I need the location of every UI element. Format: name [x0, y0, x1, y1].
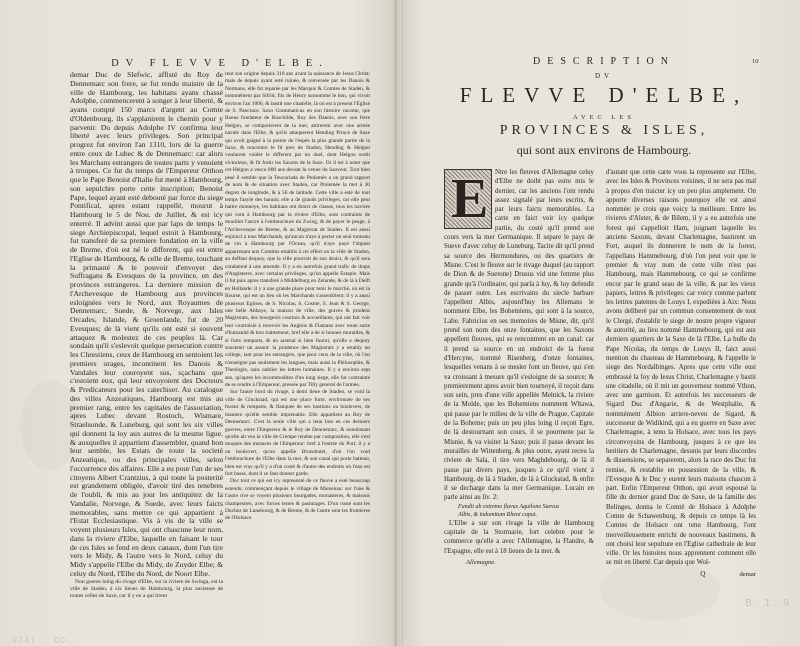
- catchword: demar: [740, 570, 756, 579]
- book-spread: DV FLEVVE D'ELBE. demar Duc de Slefwic, …: [0, 0, 800, 646]
- paragraph: demar Duc de Slefwic, affisté du Roy de …: [70, 71, 223, 579]
- paragraph: Sur l'autre bord du rivage, à demi lieue…: [225, 389, 370, 478]
- dropcap-letter: E: [451, 170, 488, 228]
- ornamental-initial: E: [444, 169, 492, 229]
- right-page-columns: E Ntre les fleuves d'Allemagne celuy d'E…: [444, 168, 756, 579]
- signature-row: Q demar: [606, 570, 756, 579]
- paragraph: rent son origine depuis 310 ans avant la…: [225, 71, 370, 389]
- title-line-du: DV: [434, 72, 774, 80]
- title-subtitle: qui sont aux environs de Hambourg.: [434, 143, 774, 158]
- left-page-columns: demar Duc de Slefwic, affisté du Roy de …: [70, 71, 370, 600]
- book-gutter-crease: [402, 0, 403, 646]
- paragraph: L'Elbe a sur son rivage la ville de Hamb…: [444, 519, 594, 556]
- latin-verse: Fundit ab extremo flavus Aquilone Suevus…: [444, 503, 594, 519]
- title-provinces: PROVINCES & ISLES,: [434, 123, 774, 139]
- verse-line: Fundit ab extremo flavus Aquilone Suevus: [458, 503, 594, 511]
- title-block: DESCRIPTION DV FLEVVE D'ELBE, AVEC LES P…: [434, 56, 774, 158]
- spacer: [606, 570, 666, 579]
- paragraph: Doc tout ce qui est icy representé de ce…: [225, 478, 370, 522]
- left-column-2: rent son origine depuis 310 ans avant la…: [225, 71, 370, 600]
- paragraph: Non gueres loing du rivage d'Elbe, sur l…: [70, 579, 223, 600]
- right-page: DESCRIPTION DV FLEVVE D'ELBE, AVEC LES P…: [444, 50, 756, 579]
- paragraph: d'autant que cette carte vous la represe…: [606, 168, 756, 568]
- left-column-1: demar Duc de Slefwic, affisté du Roy de …: [70, 71, 223, 600]
- pencil-annotation: 9741 ... 00...: [12, 636, 77, 645]
- verse-line: Albis, & indomitum Rheni caput.: [458, 511, 594, 519]
- catchword: Allemagne.: [444, 558, 496, 567]
- right-column-2: d'autant que cette carte vous la represe…: [606, 168, 756, 579]
- pencil-annotation: B. 1. 9: [745, 598, 791, 609]
- running-head: DV FLEVVE D'ELBE.: [70, 58, 370, 70]
- left-page: DV FLEVVE D'ELBE. demar Duc de Slefwic, …: [70, 58, 370, 600]
- right-column-1: E Ntre les fleuves d'Allemagne celuy d'E…: [444, 168, 594, 579]
- book-gutter: [394, 0, 397, 646]
- catchword-row: Allemagne.: [444, 558, 594, 567]
- title-line-description: DESCRIPTION: [434, 56, 774, 67]
- title-main: FLEVVE D'ELBE,: [434, 83, 774, 108]
- signature-mark: Q: [700, 570, 705, 579]
- title-line-avec: AVEC LES: [434, 114, 774, 121]
